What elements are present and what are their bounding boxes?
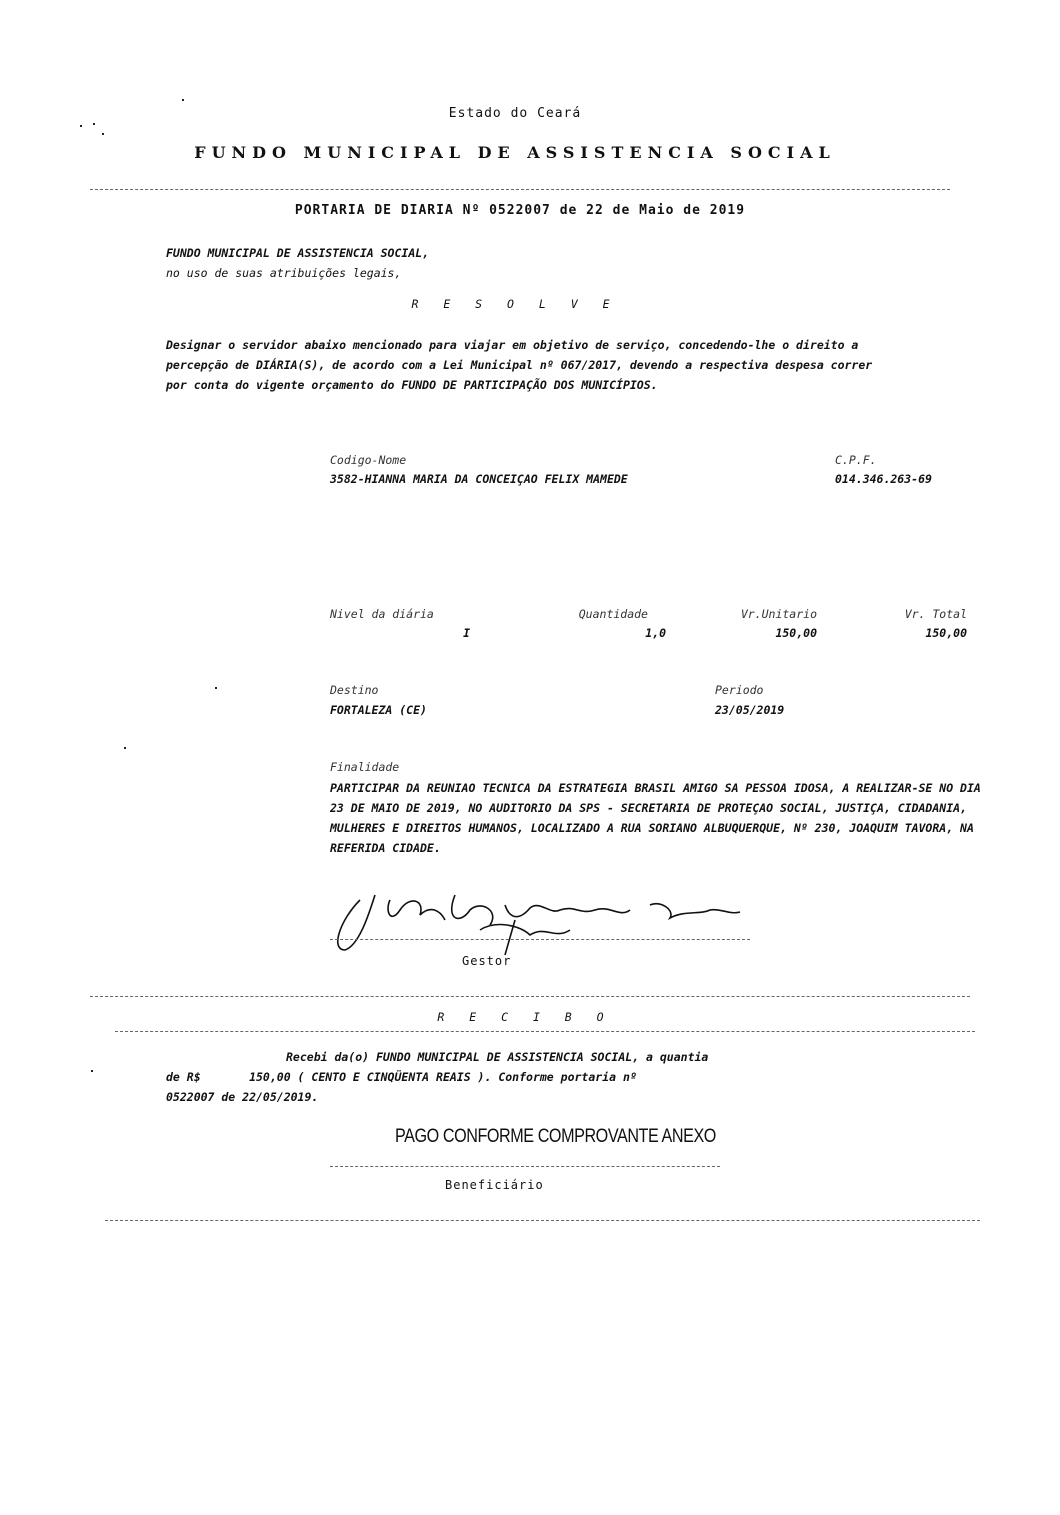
scan-speck [215,687,217,689]
signature-scribble [330,880,750,960]
scan-speck [93,123,95,125]
body-paragraph: Designar o servidor abaixo mencionado pa… [166,335,886,395]
header-vr-unitario: Vr.Unitario [690,607,817,621]
codigo-nome-value: 3582-HIANNA MARIA DA CONCEIÇAO FELIX MAM… [330,472,628,486]
intro-line-1: FUNDO MUNICIPAL DE ASSISTENCIA SOCIAL, [166,243,429,263]
portaria-title: PORTARIA DE DIARIA Nº 0522007 de 22 de M… [0,203,1040,218]
scan-speck [182,99,184,101]
finalidade-text: PARTICIPAR DA REUNIAO TECNICA DA ESTRATE… [330,778,990,858]
beneficiario-label: Beneficiário [445,1178,544,1192]
cell-quantidade: 1,0 [540,626,666,640]
cell-vr-unitario: 150,00 [690,626,817,640]
codigo-nome-label: Codigo-Nome [330,453,406,467]
resolve-heading: R E S O L V E [0,297,1030,311]
divider [90,189,950,190]
recibo-text: Recebi da(o) FUNDO MUNICIPAL DE ASSISTEN… [166,1047,708,1107]
divider [115,1031,975,1032]
paid-stamp: PAGO CONFORME COMPROVANTE ANEXO [395,1126,716,1148]
signature-line [330,939,750,940]
state-name: Estado do Ceará [0,106,1030,121]
periodo-value: 23/05/2019 [715,703,784,717]
recibo-line-3: 0522007 de 22/05/2019. [166,1087,708,1107]
scan-speck [91,1070,93,1072]
gestor-label: Gestor [462,954,511,968]
periodo-label: Periodo [715,683,763,697]
header-nivel: Nivel da diária [330,607,434,621]
header-vr-total: Vr. Total [840,607,967,621]
beneficiario-line [330,1166,720,1167]
scan-speck [80,125,82,127]
divider [90,996,970,997]
finalidade-label: Finalidade [330,760,399,774]
recibo-heading: R E C I B O [0,1010,1050,1024]
destino-value: FORTALEZA (CE) [330,703,427,717]
cpf-label: C.P.F. [835,453,877,467]
organization-title: FUNDO MUNICIPAL DE ASSISTENCIA SOCIAL [0,143,1030,162]
scan-speck [102,133,104,135]
intro-line-2: no uso de suas atribuições legais, [166,263,429,283]
recibo-line-2: de R$ 150,00 ( CENTO E CINQÜENTA REAIS )… [166,1067,708,1087]
header-quantidade: Quantidade [540,607,648,621]
intro-block: FUNDO MUNICIPAL DE ASSISTENCIA SOCIAL, n… [166,243,429,283]
scan-speck [124,747,126,749]
cell-vr-total: 150,00 [840,626,967,640]
divider [105,1220,980,1221]
recibo-line-1: Recebi da(o) FUNDO MUNICIPAL DE ASSISTEN… [166,1047,708,1067]
cell-nivel: I [330,626,470,640]
destino-label: Destino [330,683,378,697]
cpf-value: 014.346.263-69 [835,472,932,486]
